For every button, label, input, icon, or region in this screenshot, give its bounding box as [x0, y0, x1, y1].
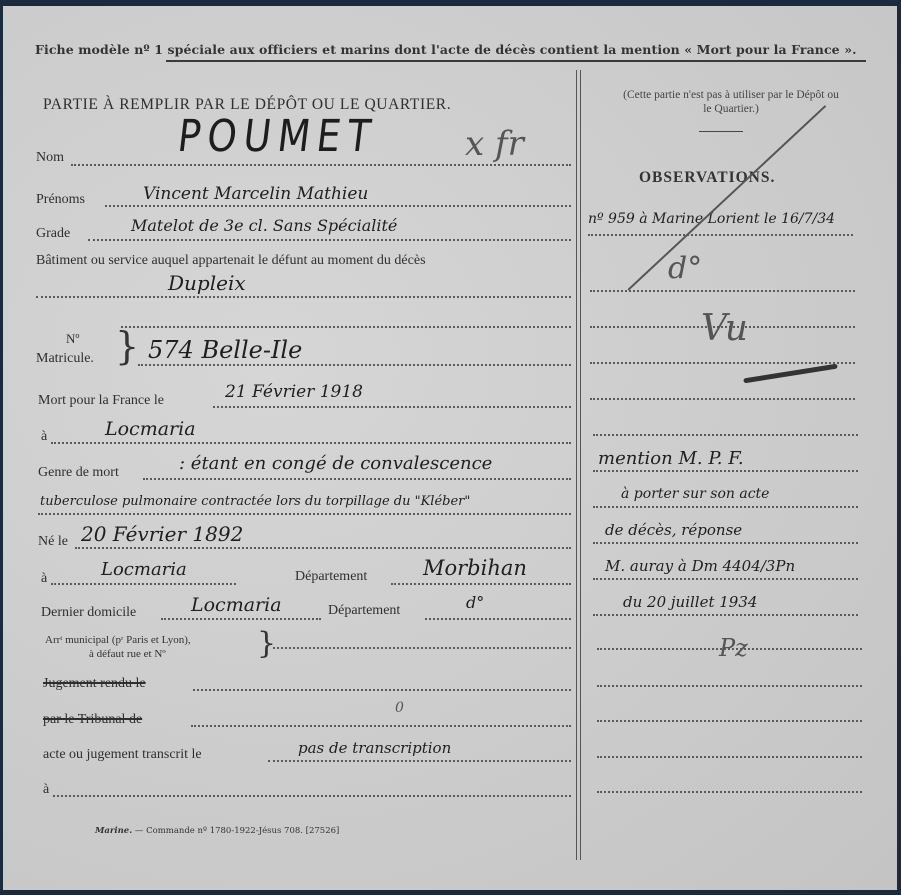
transcrit-le-line — [268, 760, 571, 762]
genre-mort-line — [143, 478, 571, 480]
genre-mort-line-2 — [38, 513, 571, 515]
nom-line — [71, 164, 571, 166]
nom-value: POUMET — [175, 111, 380, 162]
obs-line-1 — [588, 234, 853, 236]
obs-mention: mention M. P. F. — [598, 448, 744, 469]
grade-value: Matelot de 3e cl. Sans Spécialité — [131, 216, 397, 235]
batiment-value: Dupleix — [168, 271, 246, 295]
tribunal-line — [191, 725, 571, 727]
tribunal-label-text: par le Tribunal de — [43, 712, 142, 727]
ne-le-line — [75, 547, 571, 549]
transcrit-a-line — [53, 795, 571, 797]
obs-line-4 — [590, 362, 855, 364]
nom-label: Nom — [36, 150, 64, 166]
prenoms-value: Vincent Marcelin Mathieu — [143, 184, 368, 204]
pencil-slash-mark — [627, 105, 826, 290]
matricule-label: Matricule. — [36, 351, 94, 367]
mort-le-value: 21 Février 1918 — [225, 382, 363, 402]
jugement-line — [193, 689, 571, 691]
batiment-label: Bâtiment ou service auquel appartenait l… — [36, 253, 426, 269]
right-section-note: (Cette partie n'est pas à utiliser par l… — [621, 88, 841, 116]
matricule-label-top: Nº — [66, 331, 79, 347]
footer-publisher: Marine. — [95, 826, 132, 836]
obs-line-16 — [597, 791, 862, 793]
transcrit-a-label: à — [43, 782, 49, 798]
ne-a-value: Locmaria — [101, 559, 187, 580]
obs-mark-vu: Vu — [701, 308, 748, 349]
ne-a-line — [51, 583, 236, 585]
departement-domicile-value: d° — [466, 593, 484, 612]
note-rule — [699, 131, 743, 132]
departement-naissance-label: Département — [295, 569, 367, 585]
obs-line-15 — [597, 756, 862, 758]
ne-le-value: 20 Février 1892 — [81, 522, 243, 546]
mort-le-line — [213, 406, 571, 408]
mort-a-line — [51, 442, 571, 444]
arrondissement-label-1: Arrᵗ municipal (pʳ Paris et Lyon), — [45, 634, 191, 647]
grade-label: Grade — [36, 226, 70, 242]
obs-line-10 — [593, 578, 858, 580]
dernier-domicile-label: Dernier domicile — [41, 605, 136, 621]
ne-le-label: Né le — [38, 534, 68, 550]
dernier-domicile-line — [161, 618, 321, 620]
obs-line-7 — [593, 470, 858, 472]
obs-initials: Pz — [719, 634, 748, 662]
obs-line-c: M. auray à Dm 4404/3Pn — [605, 557, 795, 575]
obs-mark-ditto: d° — [668, 251, 702, 286]
obs-line-8 — [593, 506, 858, 508]
column-divider — [576, 70, 581, 860]
departement-naissance-value: Morbihan — [423, 556, 527, 580]
header-underline — [166, 60, 866, 62]
mort-le-label: Mort pour la France le — [38, 393, 164, 409]
genre-mort-value-1: : étant en congé de convalescence — [179, 453, 492, 474]
transcrit-le-value: pas de transcription — [298, 739, 451, 757]
prenoms-line — [105, 205, 571, 207]
matricule-line — [138, 364, 571, 366]
form-header: Fiche modèle nº 1 spéciale aux officiers… — [35, 42, 857, 57]
ne-a-label: à — [41, 571, 47, 587]
arrondissement-brace: } — [257, 626, 276, 661]
departement-domicile-line — [425, 618, 571, 620]
obs-line-13 — [597, 685, 862, 687]
obs-line-2 — [590, 290, 855, 292]
mort-a-label: à — [41, 429, 47, 445]
nom-annotation: x fr — [465, 124, 524, 164]
prenoms-label: Prénoms — [36, 192, 85, 208]
matricule-brace: } — [115, 324, 139, 368]
tribunal-label: par le Tribunal de — [43, 712, 142, 728]
genre-mort-label: Genre de mort — [38, 465, 119, 481]
obs-line-6 — [593, 434, 858, 436]
obs-line-d: du 20 juillet 1934 — [623, 593, 757, 611]
arrondissement-label-2: à défaut rue et Nº — [89, 648, 166, 661]
matricule-value: 574 Belle-Ile — [148, 336, 302, 364]
jugement-label: Jugement rendu le — [43, 676, 146, 692]
obs-line-b: de décès, réponse — [605, 521, 742, 539]
print-footer: Marine. — Commande nº 1780-1922-Jésus 70… — [95, 826, 339, 836]
footer-text: — Commande nº 1780-1922-Jésus 708. [2752… — [135, 826, 339, 836]
tribunal-value: 0 — [395, 700, 404, 716]
batiment-line — [36, 296, 571, 298]
death-record-card: Fiche modèle nº 1 spéciale aux officiers… — [3, 6, 897, 890]
obs-line-a: à porter sur son acte — [621, 486, 769, 502]
dernier-domicile-value: Locmaria — [191, 594, 282, 616]
transcrit-le-label: acte ou jugement transcrit le — [43, 747, 202, 763]
departement-naissance-line — [391, 583, 571, 585]
obs-registration: nº 959 à Marine Lorient le 16/7/34 — [588, 211, 835, 227]
matricule-upper-line — [121, 326, 571, 328]
obs-line-9 — [593, 542, 858, 544]
obs-line-5 — [590, 398, 855, 400]
pencil-thick-stroke — [743, 364, 838, 384]
grade-line — [88, 239, 571, 241]
arrondissement-line — [273, 647, 571, 649]
mort-a-value: Locmaria — [105, 418, 196, 440]
genre-mort-value-2: tuberculose pulmonaire contractée lors d… — [40, 494, 470, 509]
departement-domicile-label: Département — [328, 603, 400, 619]
obs-line-11 — [593, 614, 858, 616]
obs-line-14 — [597, 720, 862, 722]
